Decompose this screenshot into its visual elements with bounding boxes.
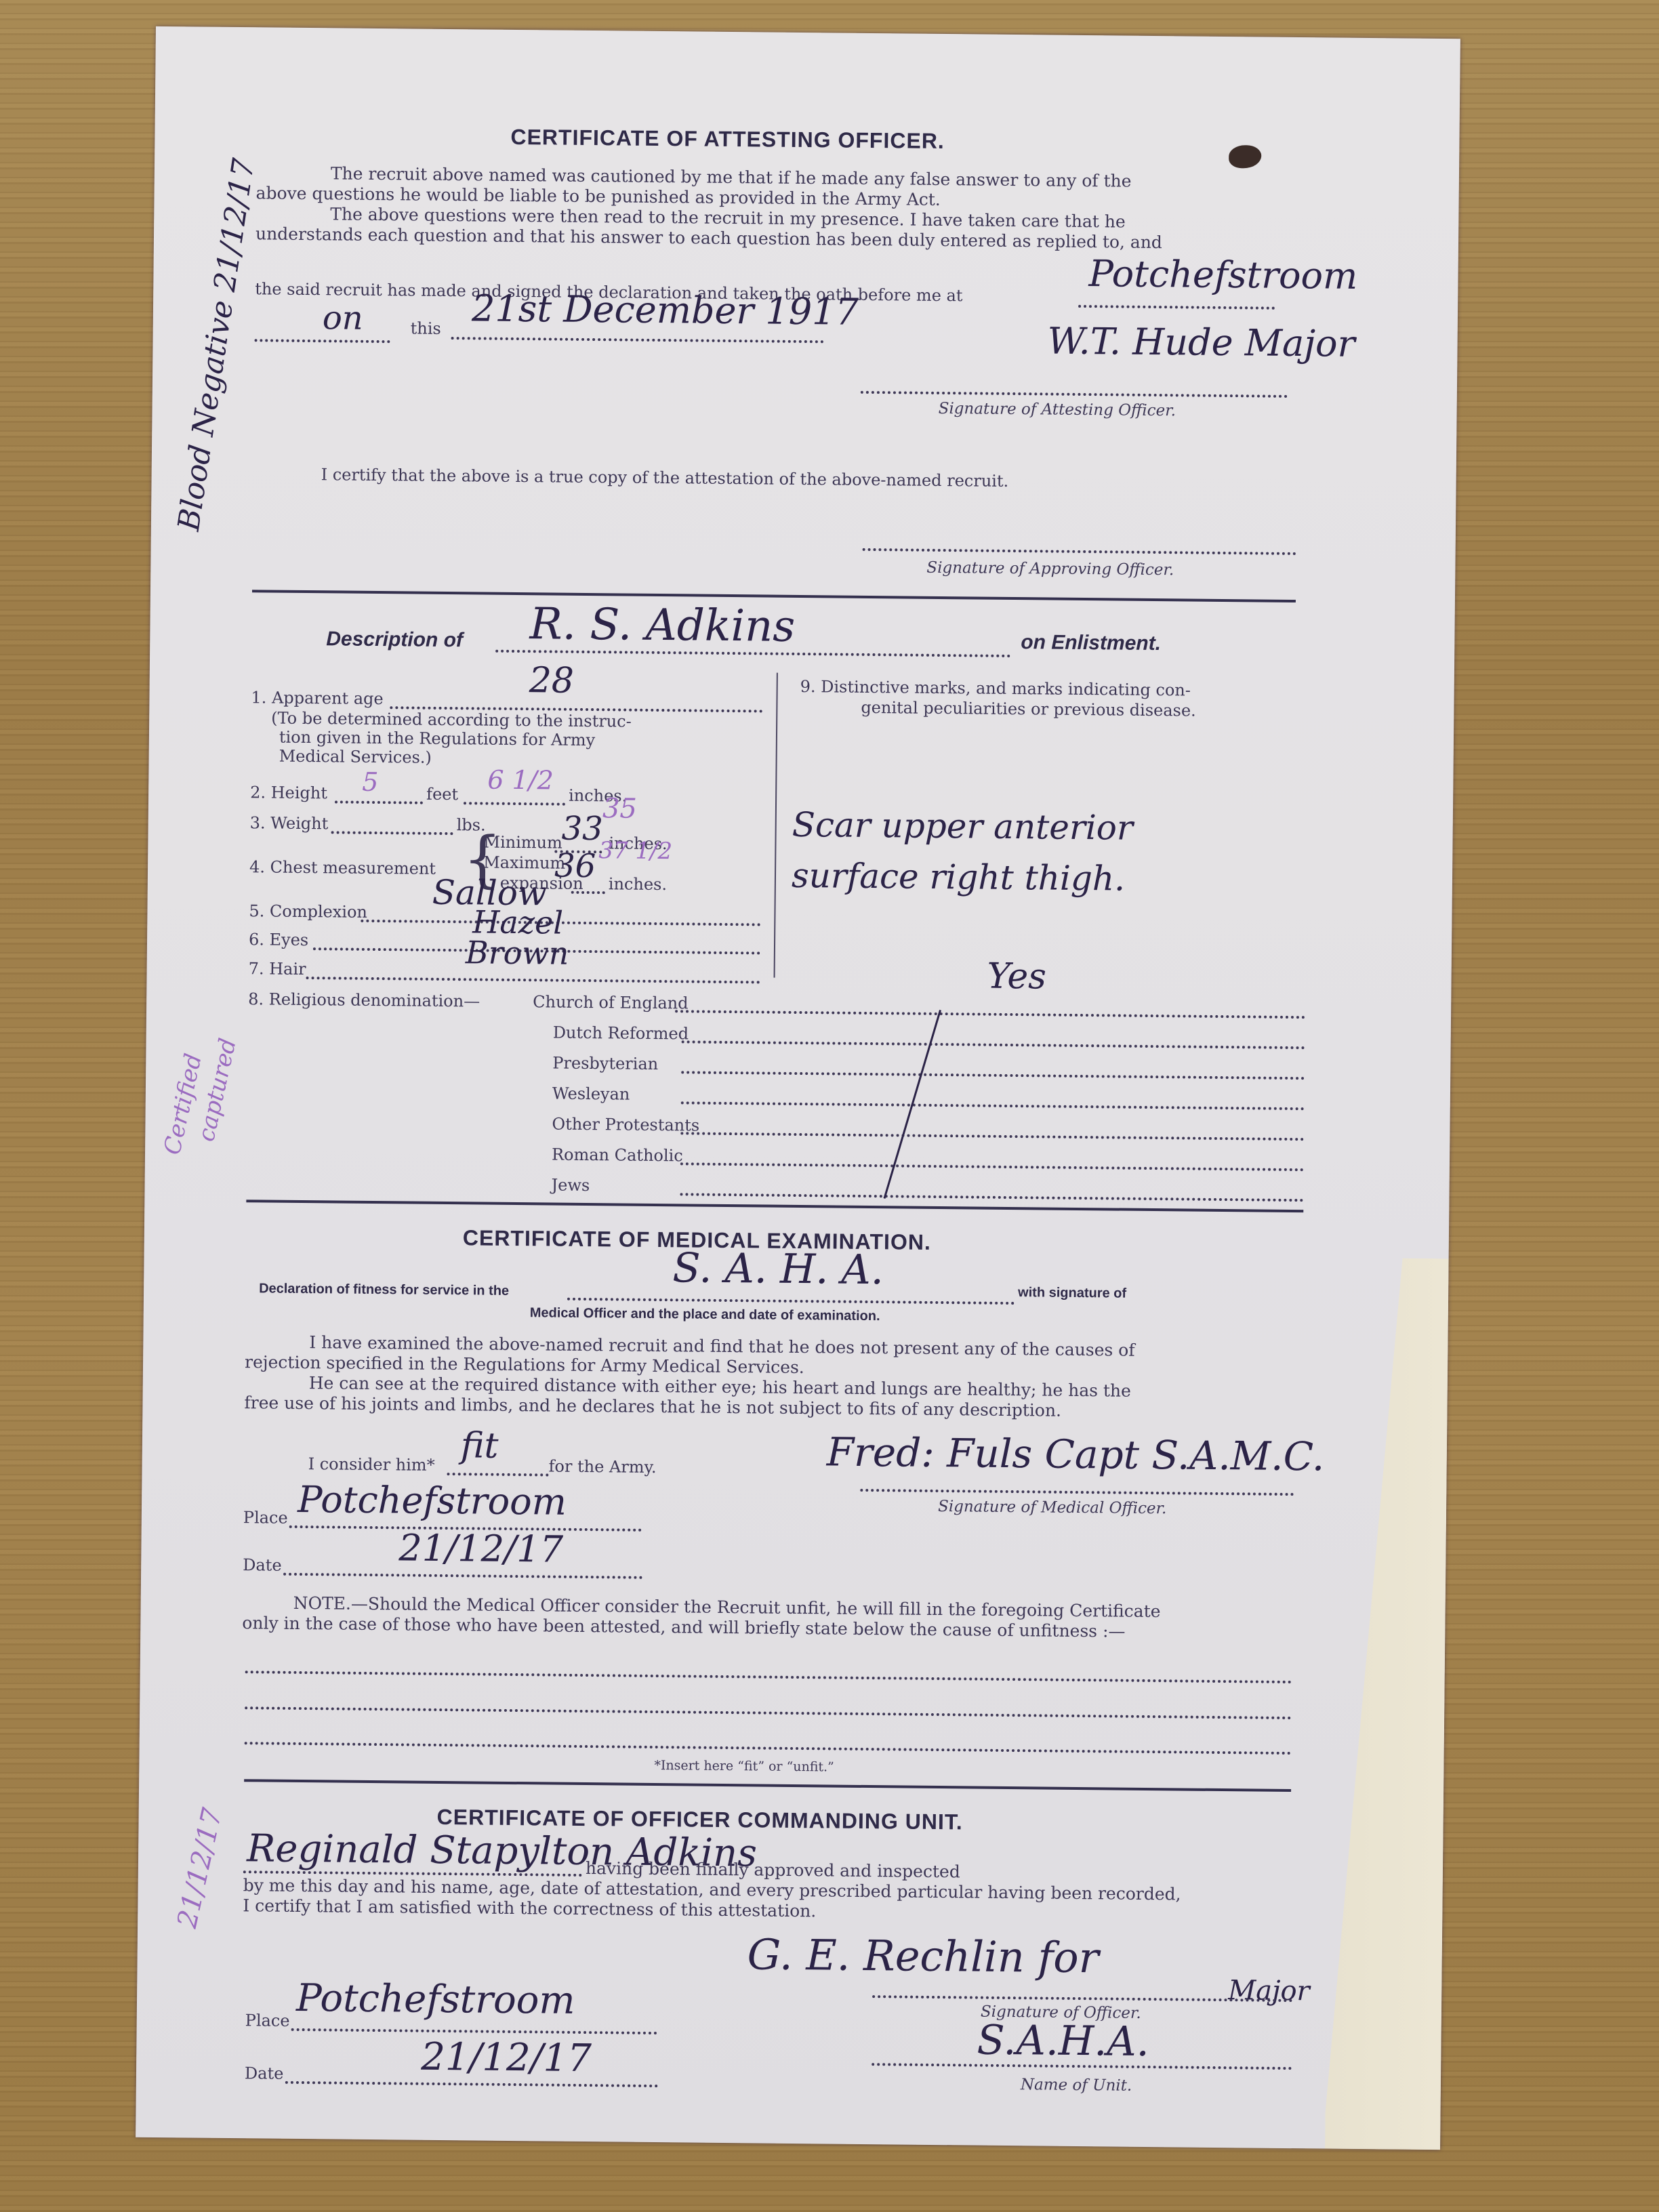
weight-label: 3. Weight <box>250 813 329 833</box>
unfit-cause-line-1 <box>245 1671 1292 1683</box>
consider-him-suffix: for the Army. <box>548 1456 656 1477</box>
medical-place: Potchefstroom <box>298 1478 567 1523</box>
medical-place-label: Place <box>243 1508 288 1528</box>
medical-officer-signature: Fred: Fuls Capt S.A.M.C. <box>827 1429 1325 1479</box>
religion-option-label: Presbyterian <box>552 1054 658 1073</box>
height-label: 2. Height <box>250 783 327 802</box>
chest-maximum-corrected: 37 1/2 <box>598 837 672 865</box>
complexion-label: 5. Complexion <box>249 901 367 922</box>
religion-option: Church of England <box>533 992 1305 1021</box>
fitness-declaration-suffix: with signature of <box>1018 1285 1126 1302</box>
religion-option-label: Jews <box>551 1176 590 1195</box>
unfit-note: NOTE.—Should the Medical Officer conside… <box>140 1592 1462 1645</box>
attestation-date: 21st December 1917 <box>472 287 859 333</box>
religion-list: Church of EnglandDutch ReformedPresbyter… <box>533 992 1305 1000</box>
age-value: 28 <box>529 660 574 701</box>
chest-minimum-corrected: 35 <box>602 793 637 824</box>
hair-label: 7. Hair <box>249 959 306 979</box>
unit-name-label: Name of Unit. <box>1021 2076 1132 2095</box>
medical-date-label: Date <box>243 1555 282 1575</box>
recruit-name-short: R. S. Adkins <box>529 599 795 652</box>
attesting-officer-signature: W.T. Hude Major <box>1047 319 1355 365</box>
age-label: 1. Apparent age <box>251 688 383 708</box>
religion-option-label: Other Protestants <box>552 1115 699 1135</box>
medical-date: 21/12/17 <box>398 1526 563 1570</box>
religion-option-label: Dutch Reformed <box>553 1023 689 1044</box>
attestation-place: Potchefstroom <box>1088 252 1357 298</box>
on-word: on <box>323 299 363 337</box>
medical-paragraph: I have examined the above-named recruit … <box>142 1331 1465 1425</box>
religion-option: Other Protestants <box>531 1114 1304 1143</box>
height-inches: 6 1/2 <box>487 765 554 796</box>
height-feet: 5 <box>362 767 379 797</box>
eyes-label: 6. Eyes <box>249 930 308 949</box>
religion-mark: Yes <box>987 956 1046 998</box>
section-divider <box>244 1779 1291 1792</box>
commanding-place: Potchefstroom <box>296 1976 575 2023</box>
commanding-officer-rank: Major <box>1228 1975 1310 2007</box>
this-label: this <box>411 319 441 337</box>
margin-note-date: 21/12/17 <box>171 1805 228 1931</box>
hair-value: Brown <box>466 934 569 971</box>
age-note: (To be determined according to the instr… <box>271 709 632 769</box>
column-divider <box>774 673 778 978</box>
section-divider <box>252 590 1296 602</box>
commanding-date-label: Date <box>245 2064 284 2083</box>
chest-label: 4. Chest measurement <box>249 857 436 878</box>
religion-option: Jews <box>531 1175 1303 1204</box>
fitness-declaration-prefix: Declaration of fitness for service in th… <box>259 1281 509 1299</box>
chest-minimum: 33 <box>561 810 603 848</box>
punch-hole <box>1229 145 1261 168</box>
commanding-place-label: Place <box>245 2011 290 2030</box>
distinctive-marks-value-1: Scar upper anterior <box>792 805 1133 848</box>
medical-signature-label: Signature of Medical Officer. <box>938 1498 1167 1517</box>
attesting-signature-label: Signature of Attesting Officer. <box>939 400 1176 419</box>
commanding-date: 21/12/17 <box>421 2035 592 2081</box>
fitness-unit: S. A. H. A. <box>672 1244 884 1294</box>
unfit-cause-line-2 <box>245 1706 1292 1719</box>
true-copy-text: I certify that the above is a true copy … <box>321 465 1009 491</box>
consider-him-prefix: I consider him* <box>308 1454 435 1475</box>
approving-signature-label: Signature of Approving Officer. <box>926 559 1174 579</box>
religion-option-label: Church of England <box>533 992 689 1012</box>
religion-option-label: Roman Catholic <box>552 1145 683 1166</box>
fitness-declaration-line2: Medical Officer and the place and date o… <box>530 1305 880 1324</box>
attesting-title: CERTIFICATE OF ATTESTING OFFICER. <box>510 125 945 154</box>
religion-label: 8. Religious denomination— <box>248 989 480 1010</box>
fitness-verdict: fit <box>461 1425 499 1467</box>
attesting-paragraph: The recruit above named was cautioned by… <box>154 162 1442 255</box>
fit-footnote: *Insert here “fit” or “unfit.” <box>654 1758 834 1775</box>
unit-name: S.A.H.A. <box>977 2017 1149 2066</box>
attestation-form-page: Blood Negative 21/12/17 Certified captur… <box>136 26 1460 2150</box>
religion-option: Roman Catholic <box>531 1145 1304 1174</box>
description-title-prefix: Description of <box>326 628 463 652</box>
unfit-cause-line-3 <box>245 1742 1292 1755</box>
religion-option-label: Wesleyan <box>552 1084 630 1104</box>
description-title-suffix: on Enlistment. <box>1021 631 1161 655</box>
distinctive-marks-label: 9. Distinctive marks, and marks indicati… <box>800 676 1196 721</box>
commanding-officer-signature: G. E. Rechlin for <box>747 1929 1099 1982</box>
distinctive-marks-value-2: surface right thigh. <box>792 856 1126 899</box>
religion-option: Dutch Reformed <box>533 1023 1305 1052</box>
chest-maximum: 36 <box>554 847 596 886</box>
